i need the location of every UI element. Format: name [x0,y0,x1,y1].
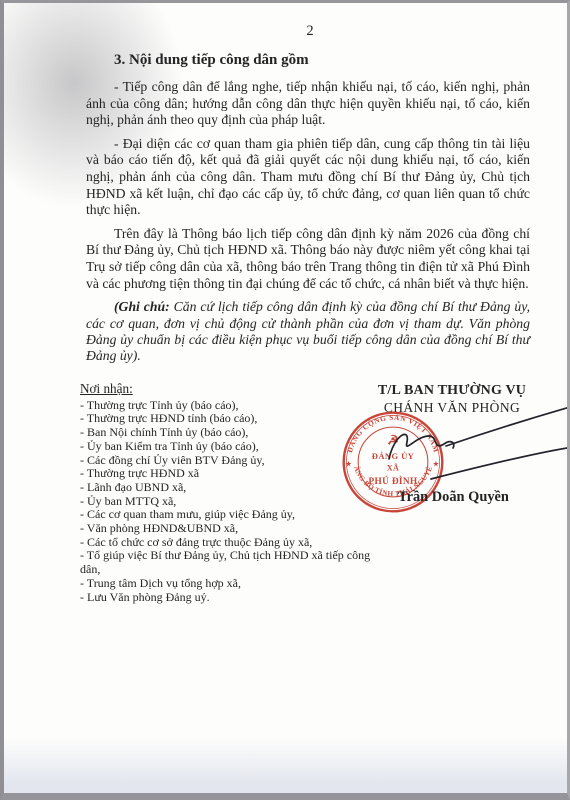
recipient-item: - Các cơ quan tham mưu, giúp việc Đảng ủ… [80,508,372,522]
stamp-center-line: ĐẢNG ỦY [372,451,414,461]
note-label: (Ghi chú: [114,299,170,314]
stamp-center-line: PHÚ ĐÌNH [369,475,418,487]
recipient-item: - Thường trực HĐND xã [80,467,372,481]
signature-stroke-lower [431,447,570,479]
section-heading: 3. Nội dung tiếp công dân gồm [114,52,530,69]
footer-block: Nơi nhận: - Thường trực Tỉnh ủy (báo cáo… [86,381,530,621]
recipient-item: - Lãnh đạo UBND xã, [80,481,372,495]
recipient-item: - Tổ giúp việc Bí thư Đảng ủy, Chủ tịch … [80,549,372,576]
recipient-item: - Lưu Văn phòng Đảng uỷ. [80,591,372,605]
scanned-document-page: 2 3. Nội dung tiếp công dân gồm - Tiếp c… [0,0,570,800]
paragraph-agency-duties: - Đại diện các cơ quan tham gia phiên ti… [86,136,530,219]
paragraph-announcement: Trên đây là Thông báo lịch tiếp công dân… [86,226,530,292]
page-content: 2 3. Nội dung tiếp công dân gồm - Tiếp c… [86,24,530,621]
paragraph-reception-purpose: - Tiếp công dân để lắng nghe, tiếp nhận … [86,79,530,129]
recipient-item: - Các tổ chức cơ sở đảng trực thuộc Đảng… [80,536,372,550]
recipient-item: - Văn phòng HĐND&UBND xã, [80,522,372,536]
recipients-list: Nơi nhận: - Thường trực Tỉnh ủy (báo cáo… [80,381,372,605]
recipient-item: - Ủy ban MTTQ xã, [80,495,372,509]
scan-shadow-bottom [4,738,567,793]
signature-authority: T/L BAN THƯỜNG VỤ [366,383,538,399]
signer-name: Trần Doãn Quyền [371,489,536,506]
page-number: 2 [86,24,530,39]
note-paragraph: (Ghi chú: Căn cứ lịch tiếp công dân định… [86,299,530,365]
star-icon: ★ [345,461,352,468]
recipient-item: - Thường trực Tỉnh ủy (báo cáo), [80,399,372,413]
hammer-sickle-icon: ☭ [387,432,399,447]
recipients-title: Nơi nhận: [80,381,372,396]
recipient-item: - Thường trực HĐND tỉnh (báo cáo), [80,412,372,426]
recipient-item: - Các đồng chí Ủy viên BTV Đảng ủy, [80,454,372,468]
recipient-item: - Ủy ban Kiểm tra Tỉnh ủy (báo cáo), [80,440,372,454]
recipient-item: - Ban Nội chính Tỉnh ủy (báo cáo), [80,426,372,440]
stamp-center-line: XÃ [387,463,400,472]
recipient-item: - Trung tâm Dịch vụ tổng hợp xã, [80,577,372,591]
star-icon: ★ [432,461,439,468]
